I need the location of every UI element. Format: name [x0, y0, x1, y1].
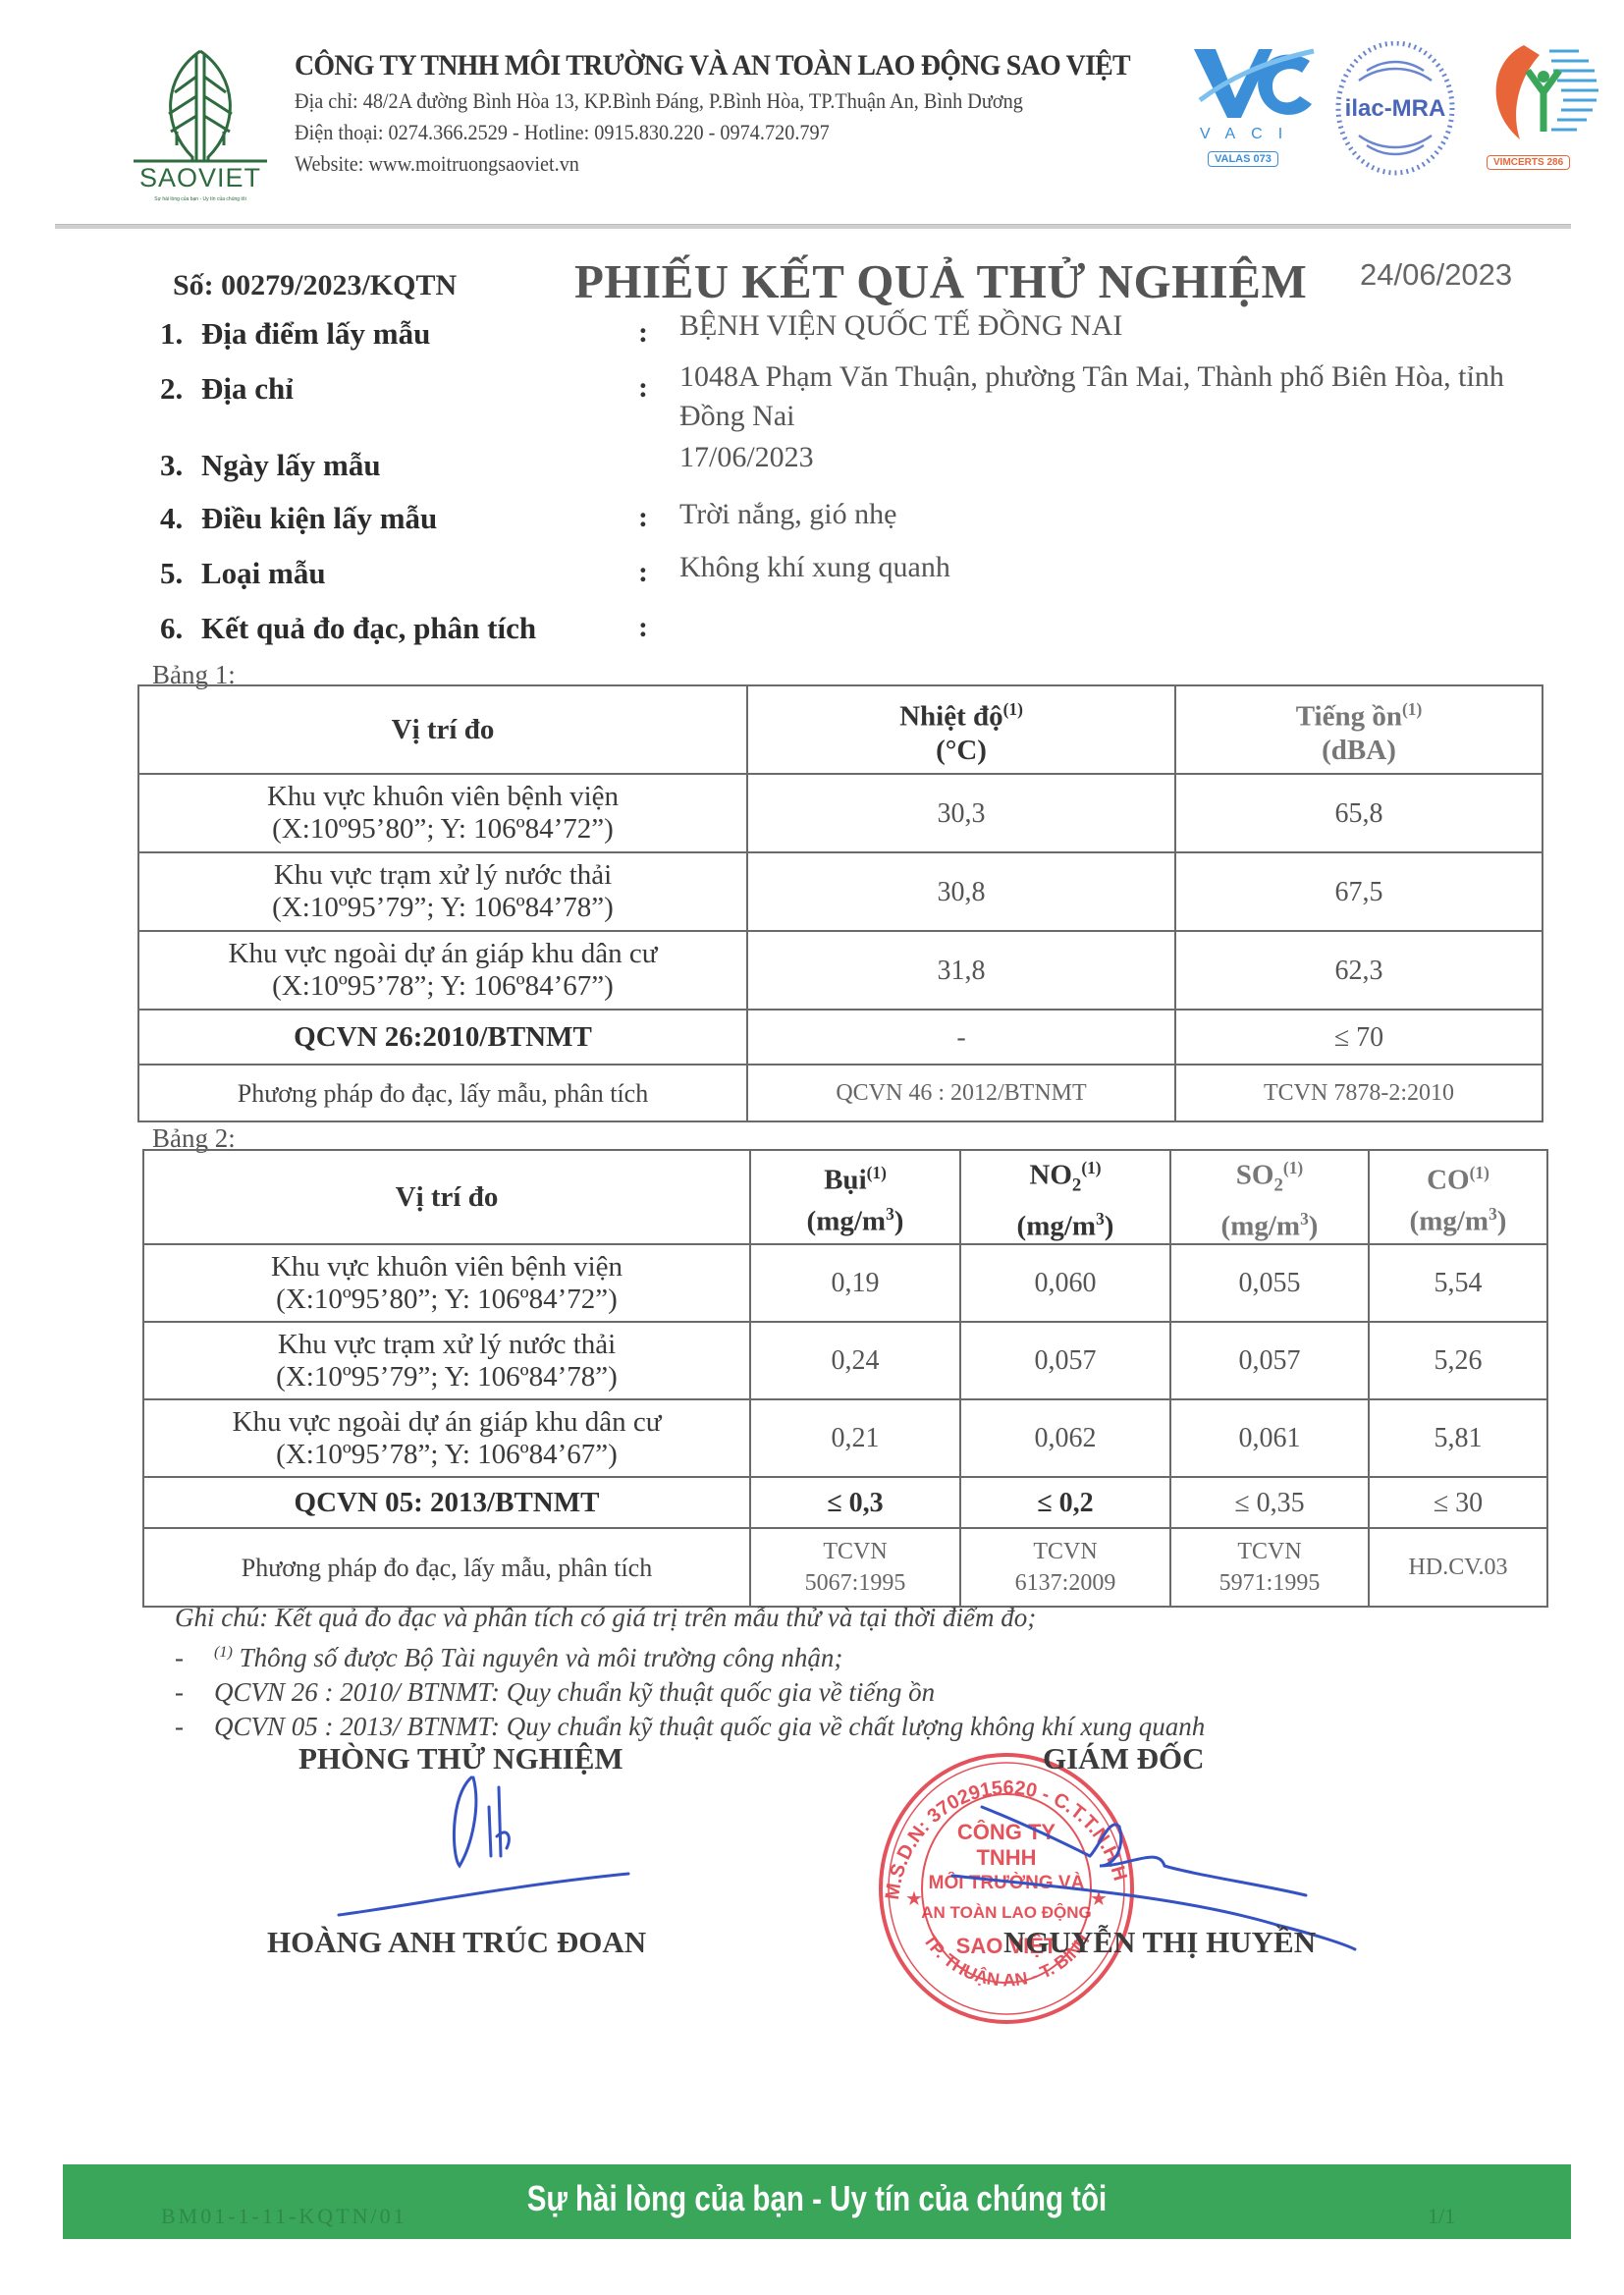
standard-label: QCVN 26:2010/BTNMT — [138, 1010, 747, 1065]
cell-no2: 0,062 — [960, 1399, 1170, 1477]
ilac-mra-cert: ilac-MRA — [1331, 41, 1459, 179]
col-co: CO(1)(mg/m3) — [1369, 1150, 1547, 1244]
cell-temperature: 30,3 — [747, 774, 1175, 852]
field-label-sampling-date: 3.Ngày lấy mẫu — [160, 448, 381, 483]
standard-no2: ≤ 0,2 — [960, 1477, 1170, 1528]
cell-location: Khu vực khuôn viên bệnh viện(X:10º95’80”… — [138, 774, 747, 852]
field-colon: : — [638, 371, 648, 405]
company-name: CÔNG TY TNHH MÔI TRƯỜNG VÀ AN TOÀN LAO Đ… — [295, 49, 1116, 82]
logo-brand-text: SAOVIET — [132, 163, 269, 193]
method-label: Phương pháp đo đạc, lấy mẫu, phân tích — [143, 1528, 750, 1607]
cell-co: 5,81 — [1369, 1399, 1547, 1477]
cell-so2: 0,057 — [1170, 1322, 1369, 1399]
document-title: PHIẾU KẾT QUẢ THỬ NGHIỆM — [574, 253, 1307, 309]
field-label-results: 6.Kết quả đo đạc, phân tích — [160, 611, 536, 646]
header-divider — [55, 224, 1571, 229]
cell-so2: 0,055 — [1170, 1244, 1369, 1322]
col-so2: SO2(1)(mg/m3) — [1170, 1150, 1369, 1244]
table1-standard-row: QCVN 26:2010/BTNMT - ≤ 70 — [138, 1010, 1543, 1065]
logo-motto: Sự hài lòng của bạn - Uy tín của chúng t… — [132, 196, 269, 202]
field-colon: : — [638, 316, 648, 350]
cell-so2: 0,061 — [1170, 1399, 1369, 1477]
table-row: Khu vực khuôn viên bệnh viện(X:10º95’80”… — [143, 1244, 1547, 1322]
field-label-sample-type: 5.Loại mẫu — [160, 556, 326, 591]
notes-intro: Ghi chú: Kết quả đo đạc và phân tích có … — [175, 1601, 1451, 1635]
standard-noise: ≤ 70 — [1175, 1010, 1543, 1065]
method-noise: TCVN 7878-2:2010 — [1175, 1065, 1543, 1121]
field-value-sampling-conditions: Trời nắng, gió nhẹ — [679, 495, 1563, 534]
field-label-address: 2.Địa chỉ — [160, 371, 294, 407]
footer-slogan: Sự hài lòng của bạn - Uy tín của chúng t… — [198, 2178, 1435, 2219]
vimcerts-logo-icon — [1481, 41, 1606, 151]
standard-temperature: - — [747, 1010, 1175, 1065]
field-value-sample-type: Không khí xung quanh — [679, 548, 1563, 587]
vaci-logo-icon — [1190, 41, 1316, 122]
method-so2: TCVN5971:1995 — [1170, 1528, 1369, 1607]
cell-location: Khu vực trạm xử lý nước thải(X:10º95’79”… — [143, 1322, 750, 1399]
cell-location: Khu vực trạm xử lý nước thải(X:10º95’79”… — [138, 852, 747, 931]
cell-no2: 0,057 — [960, 1322, 1170, 1399]
field-colon: : — [638, 501, 648, 534]
col-location: Vị trí đo — [143, 1150, 750, 1244]
director-name: NGUYỄN THỊ HUYỀN — [1003, 1925, 1316, 1960]
field-value-sampling-date: 17/06/2023 — [679, 438, 1563, 477]
vaci-cert: VACI VALAS 073 — [1190, 41, 1316, 179]
lab-signer-name: HOÀNG ANH TRÚC ĐOAN — [267, 1925, 646, 1960]
field-colon: : — [638, 611, 648, 644]
standard-label: QCVN 05: 2013/BTNMT — [143, 1477, 750, 1528]
table-row: Khu vực ngoài dự án giáp khu dân cư(X:10… — [138, 931, 1543, 1010]
svg-text:ilac-MRA: ilac-MRA — [1345, 95, 1446, 122]
method-no2: TCVN6137:2009 — [960, 1528, 1170, 1607]
cell-dust: 0,19 — [750, 1244, 960, 1322]
method-temperature: QCVN 46 : 2012/BTNMT — [747, 1065, 1175, 1121]
footer-band: BM01-1-11-KQTN/01 1/1 Sự hài lòng của bạ… — [63, 2164, 1571, 2239]
table-row: Khu vực trạm xử lý nước thải(X:10º95’79”… — [138, 852, 1543, 931]
standard-dust: ≤ 0,3 — [750, 1477, 960, 1528]
method-co: HD.CV.03 — [1369, 1528, 1547, 1607]
standard-so2: ≤ 0,35 — [1170, 1477, 1369, 1528]
table2-method-row: Phương pháp đo đạc, lấy mẫu, phân tích T… — [143, 1528, 1547, 1607]
cell-no2: 0,060 — [960, 1244, 1170, 1322]
field-label-sampling-conditions: 4.Điều kiện lấy mẫu — [160, 501, 437, 536]
table-row: Khu vực ngoài dự án giáp khu dân cư(X:10… — [143, 1399, 1547, 1477]
field-colon: : — [638, 556, 648, 589]
company-info: CÔNG TY TNHH MÔI TRƯỜNG VÀ AN TOÀN LAO Đ… — [295, 49, 1178, 177]
company-phone: Điện thoại: 0274.366.2529 - Hotline: 091… — [295, 120, 1108, 145]
table2-header-row: Vị trí đo Bụi(1)(mg/m3) NO2(1)(mg/m3) SO… — [143, 1150, 1547, 1244]
company-address: Địa chỉ: 48/2A đường Bình Hòa 13, KP.Bìn… — [295, 88, 1108, 114]
document-number: Số: 00279/2023/KQTN — [173, 269, 457, 302]
cell-location: Khu vực ngoài dự án giáp khu dân cư(X:10… — [138, 931, 747, 1010]
field-value-sampling-location: BỆNH VIỆN QUỐC TẾ ĐỒNG NAI — [679, 306, 1563, 346]
ilac-mra-logo-icon: ilac-MRA — [1331, 41, 1459, 179]
col-dust: Bụi(1)(mg/m3) — [750, 1150, 960, 1244]
table1-method-row: Phương pháp đo đạc, lấy mẫu, phân tích Q… — [138, 1065, 1543, 1121]
director-signature-title: GIÁM ĐỐC — [1043, 1741, 1204, 1776]
cell-dust: 0,21 — [750, 1399, 960, 1477]
vimcerts-cert: VIMCERTS 286 — [1481, 41, 1606, 179]
cell-location: Khu vực ngoài dự án giáp khu dân cư(X:10… — [143, 1399, 750, 1477]
col-no2: NO2(1)(mg/m3) — [960, 1150, 1170, 1244]
table2-standard-row: QCVN 05: 2013/BTNMT ≤ 0,3 ≤ 0,2 ≤ 0,35 ≤… — [143, 1477, 1547, 1528]
vaci-tag: VALAS 073 — [1208, 151, 1278, 167]
cell-noise: 62,3 — [1175, 931, 1543, 1010]
company-logo: SAOVIET Sự hài lòng của bạn - Uy tín của… — [132, 47, 269, 204]
vimcerts-tag: VIMCERTS 286 — [1487, 155, 1570, 170]
col-noise: Tiếng ồn(1)(dBA) — [1175, 685, 1543, 774]
leaf-tree-logo-icon — [132, 47, 269, 165]
note-item: -QCVN 05 : 2013/ BTNMT: Quy chuẩn kỹ thu… — [175, 1710, 1451, 1744]
cell-co: 5,26 — [1369, 1322, 1547, 1399]
note-item: -QCVN 26 : 2010/ BTNMT: Quy chuẩn kỹ thu… — [175, 1675, 1451, 1710]
cell-noise: 65,8 — [1175, 774, 1543, 852]
standard-co: ≤ 30 — [1369, 1477, 1547, 1528]
document-date: 24/06/2023 — [1360, 257, 1512, 293]
method-label: Phương pháp đo đạc, lấy mẫu, phân tích — [138, 1065, 747, 1121]
cell-location: Khu vực khuôn viên bệnh viện(X:10º95’80”… — [143, 1244, 750, 1322]
table1-noise-temperature: Vị trí đo Nhiệt độ(1)(°C) Tiếng ồn(1)(dB… — [137, 684, 1543, 1122]
table1-header-row: Vị trí đo Nhiệt độ(1)(°C) Tiếng ồn(1)(dB… — [138, 685, 1543, 774]
lab-signature-icon — [334, 1768, 658, 1925]
cell-co: 5,54 — [1369, 1244, 1547, 1322]
note-item: -(1) Thông số được Bộ Tài nguyên và môi … — [175, 1635, 1451, 1675]
cell-temperature: 30,8 — [747, 852, 1175, 931]
field-value-address: 1048A Phạm Văn Thuận, phường Tân Mai, Th… — [679, 357, 1563, 436]
cell-noise: 67,5 — [1175, 852, 1543, 931]
field-label-sampling-location: 1.Địa điểm lấy mẫu — [160, 316, 430, 352]
notes-section: Ghi chú: Kết quả đo đạc và phân tích có … — [175, 1601, 1451, 1744]
vaci-letters: VACI — [1200, 126, 1298, 143]
method-dust: TCVN5067:1995 — [750, 1528, 960, 1607]
table2-air-quality: Vị trí đo Bụi(1)(mg/m3) NO2(1)(mg/m3) SO… — [142, 1149, 1548, 1608]
table-row: Khu vực trạm xử lý nước thải(X:10º95’79”… — [143, 1322, 1547, 1399]
cell-dust: 0,24 — [750, 1322, 960, 1399]
col-location: Vị trí đo — [138, 685, 747, 774]
col-temperature: Nhiệt độ(1)(°C) — [747, 685, 1175, 774]
cell-temperature: 31,8 — [747, 931, 1175, 1010]
certification-logos: VACI VALAS 073 ilac-MRA VIMCERTS 286 — [1186, 41, 1608, 179]
company-website: Website: www.moitruongsaoviet.vn — [295, 151, 1108, 177]
table-row: Khu vực khuôn viên bệnh viện(X:10º95’80”… — [138, 774, 1543, 852]
